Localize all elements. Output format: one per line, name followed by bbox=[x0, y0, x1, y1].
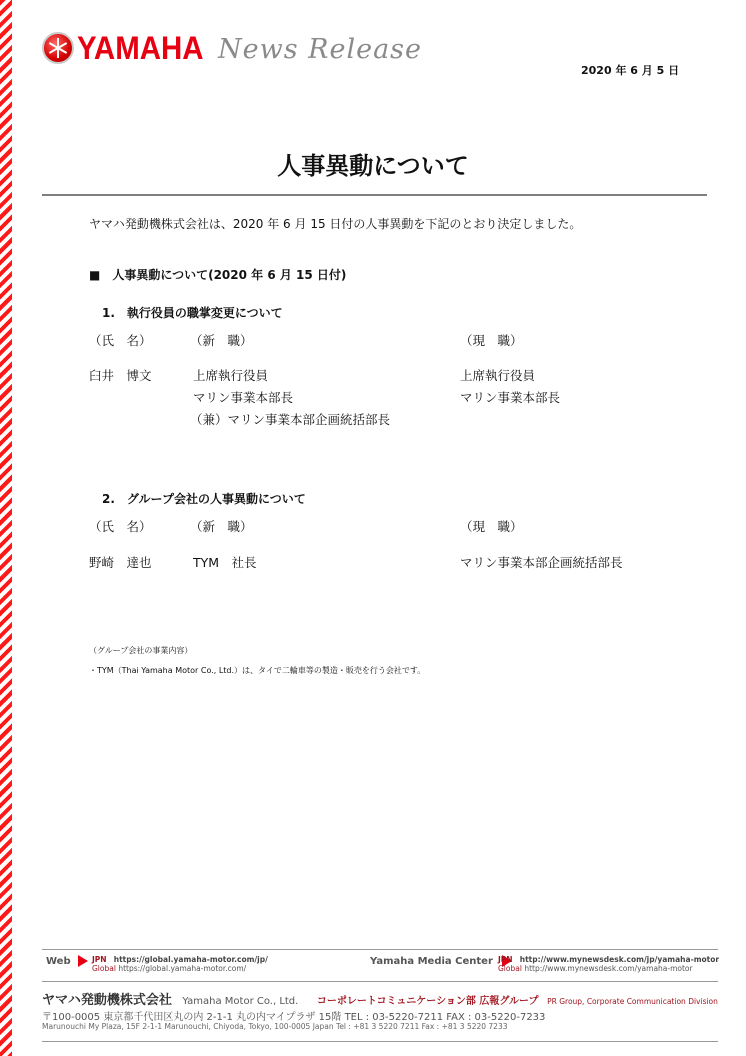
play-arrow-icon bbox=[78, 955, 88, 967]
col-header-new: （新 職） bbox=[190, 329, 253, 353]
footer-media-links: JPN http://www.mynewsdesk.com/jp/yamaha-… bbox=[498, 955, 719, 973]
footer-divider-top bbox=[42, 949, 718, 950]
company-name-jp: ヤマハ発動機株式会社 bbox=[42, 993, 172, 1008]
company-name-en: Yamaha Motor Co., Ltd. bbox=[182, 996, 298, 1007]
section-heading: ■ 人事異動について(2020 年 6 月 15 日付) bbox=[89, 266, 346, 283]
tuning-fork-emblem-icon bbox=[42, 32, 74, 64]
notes-item: ・TYM（Thai Yamaha Motor Co., Ltd.）は、タイで二輪… bbox=[89, 665, 425, 676]
jpn-label: JPN bbox=[92, 955, 107, 964]
person-name: 臼井 博文 bbox=[89, 364, 152, 388]
department-en: PR Group, Corporate Communication Divisi… bbox=[547, 997, 718, 1006]
global-label: Global bbox=[498, 964, 522, 973]
col-header-name: （氏 名） bbox=[89, 329, 152, 353]
news-release-label: News Release bbox=[218, 34, 422, 65]
col-header-current: （現 職） bbox=[460, 329, 523, 353]
notes-heading: （グループ会社の事業内容） bbox=[89, 645, 192, 656]
footer-media-label: Yamaha Media Center bbox=[370, 955, 512, 967]
global-label: Global bbox=[92, 964, 116, 973]
brand-wordmark: YAMAHA bbox=[77, 31, 204, 65]
footer-address-jp: 〒100-0005 東京都千代田区丸の内 2-1-1 丸の内マイプラザ 15階 … bbox=[42, 1008, 545, 1023]
web-global-link[interactable]: https://global.yamaha-motor.com/ bbox=[118, 964, 246, 973]
footer-address-en: Marunouchi My Plaza, 15F 2-1-1 Marunouch… bbox=[42, 1022, 508, 1031]
new-position-line: マリン事業本部長 bbox=[193, 386, 293, 410]
media-jpn-link[interactable]: http://www.mynewsdesk.com/jp/yamaha-moto… bbox=[520, 955, 719, 964]
new-position-line: 上席執行役員 bbox=[193, 364, 268, 388]
footer-web-links: JPN https://global.yamaha-motor.com/jp/ … bbox=[92, 955, 268, 973]
web-jpn-link[interactable]: https://global.yamaha-motor.com/jp/ bbox=[114, 955, 268, 964]
new-position-line: TYM 社長 bbox=[193, 551, 257, 575]
subsection-1-heading: 1. 執行役員の職掌変更について bbox=[102, 304, 283, 321]
col-header-new: （新 職） bbox=[190, 515, 253, 539]
footer-divider-middle bbox=[42, 981, 718, 982]
web-label: Web bbox=[46, 956, 71, 967]
col-header-name: （氏 名） bbox=[89, 515, 152, 539]
media-center-label: Yamaha Media Center bbox=[370, 956, 493, 967]
release-date: 2020 年 6 月 5 日 bbox=[581, 62, 679, 78]
media-global-link[interactable]: http://www.mynewsdesk.com/yamaha-motor bbox=[524, 964, 692, 973]
subsection-2-heading: 2. グループ会社の人事異動について bbox=[102, 490, 306, 507]
intro-paragraph: ヤマハ発動機株式会社は、2020 年 6 月 15 日付の人事異動を下記のとおり… bbox=[89, 215, 581, 232]
footer-company: ヤマハ発動機株式会社 Yamaha Motor Co., Ltd. コーポレート… bbox=[42, 989, 718, 1008]
footer-web-label: Web bbox=[46, 955, 88, 967]
yamaha-logo: YAMAHA bbox=[42, 31, 215, 65]
person-name: 野崎 達也 bbox=[89, 551, 152, 575]
footer-divider-bottom bbox=[42, 1041, 718, 1042]
col-header-current: （現 職） bbox=[460, 515, 523, 539]
current-position-line: 上席執行役員 bbox=[460, 364, 535, 388]
title-divider bbox=[42, 194, 707, 196]
department-jp: コーポレートコミュニケーション部 広報グループ bbox=[317, 996, 539, 1007]
current-position-line: マリン事業本部長 bbox=[460, 386, 560, 410]
document-title: 人事異動について bbox=[0, 146, 746, 181]
jpn-label: JPN bbox=[498, 955, 513, 964]
new-position-line: （兼）マリン事業本部企画統括部長 bbox=[190, 408, 390, 432]
current-position-line: マリン事業本部企画統括部長 bbox=[460, 551, 623, 575]
